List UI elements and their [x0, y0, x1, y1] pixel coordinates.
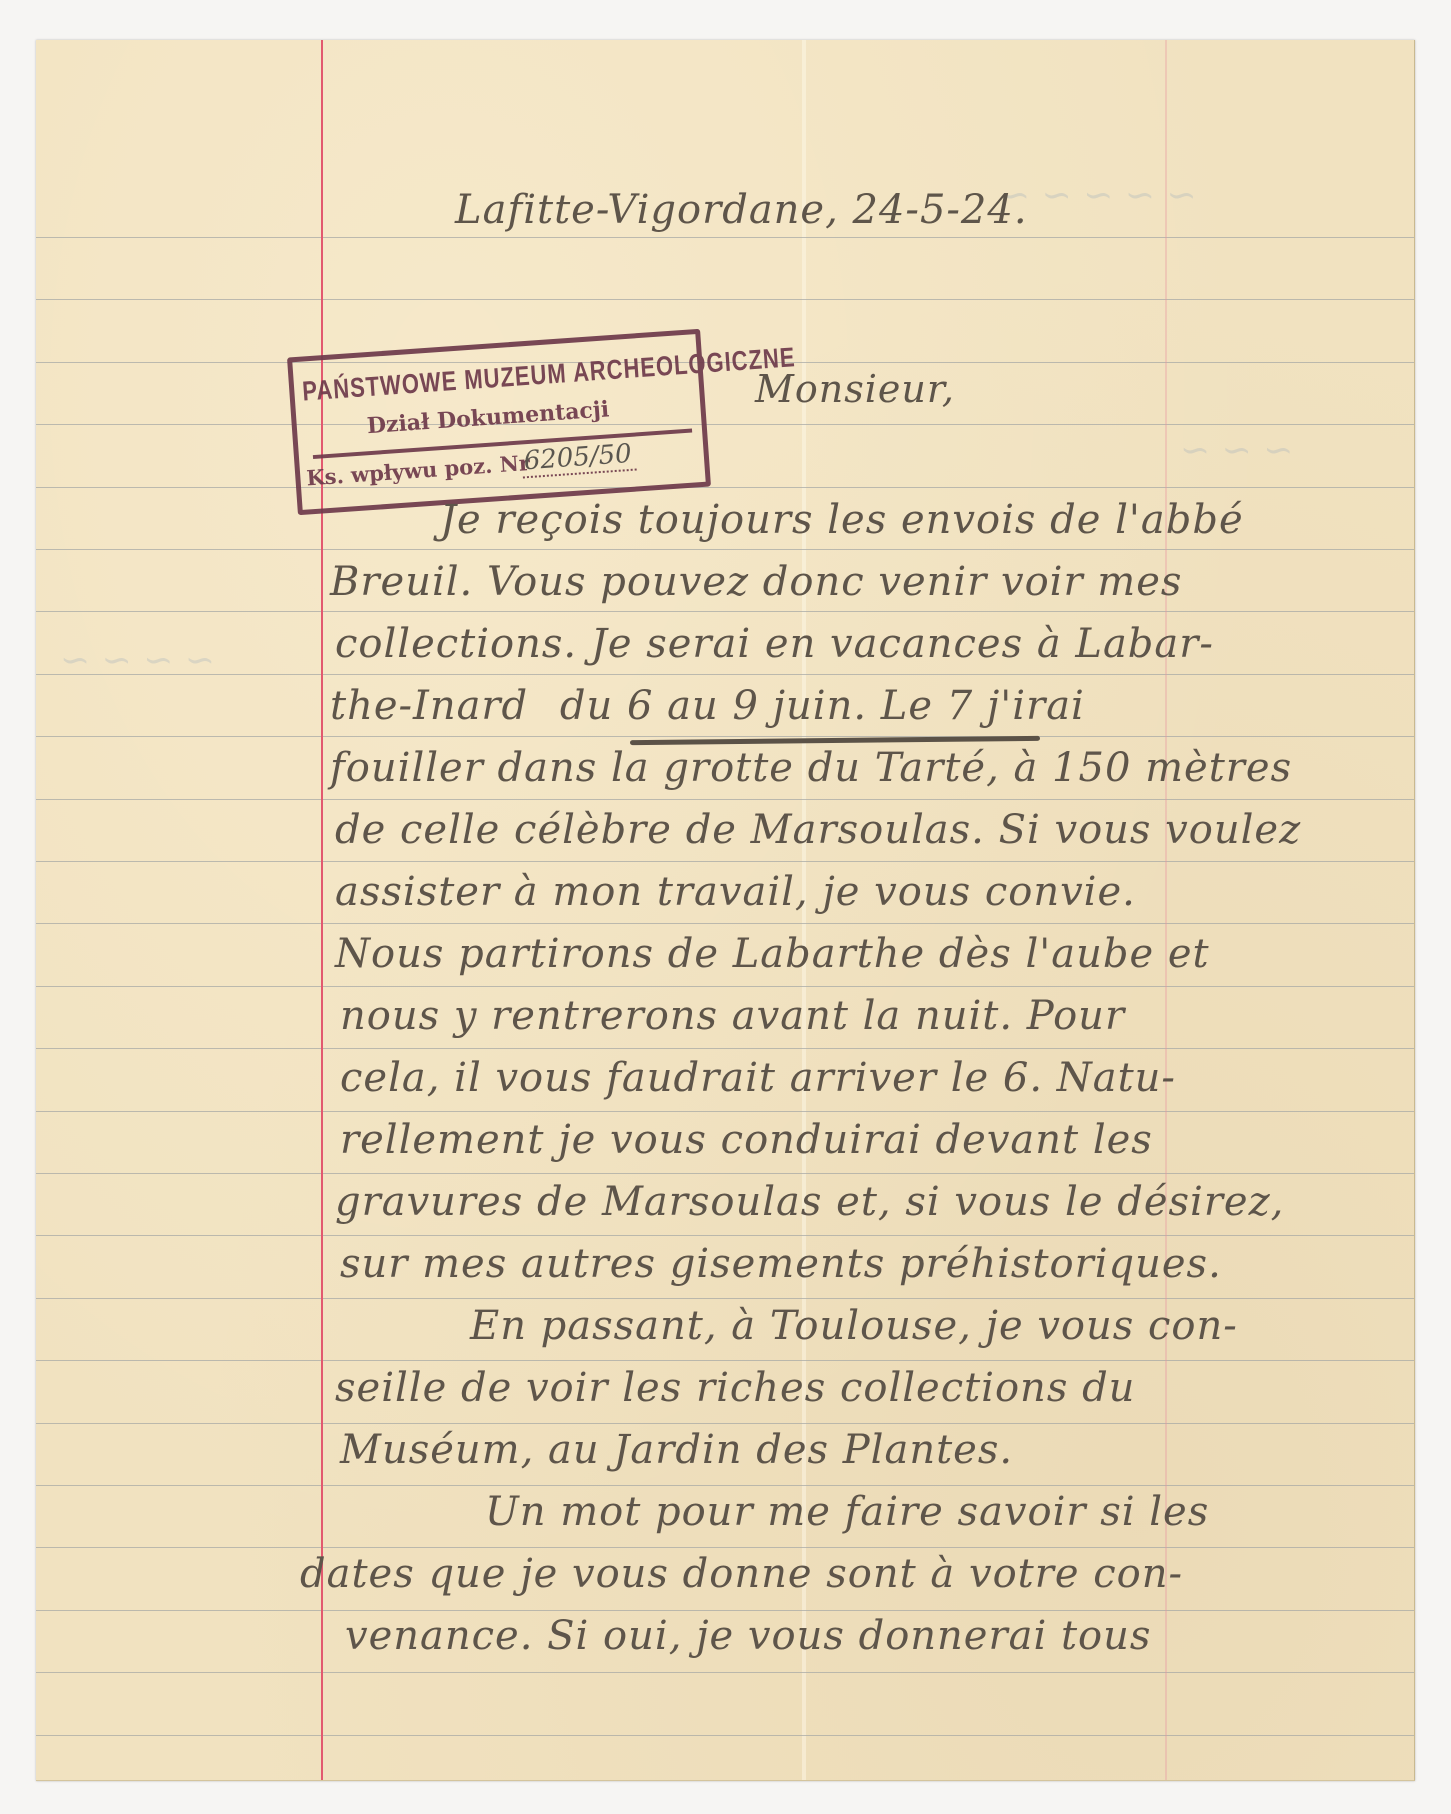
body-line: collections. Je serai en vacances à Laba… [335, 624, 1214, 664]
ruled-line [36, 549, 1414, 550]
body-line: nous y rentrerons avant la nuit. Pour [340, 996, 1125, 1036]
ruled-line [36, 1298, 1414, 1299]
line-suffix: . Le 7 j'irai [853, 683, 1085, 729]
ruled-line [36, 736, 1414, 737]
left-margin-line [321, 40, 323, 1780]
body-line: Muséum, au Jardin des Plantes. [340, 1430, 1013, 1470]
ruled-line [36, 1048, 1414, 1049]
ruled-line [36, 986, 1414, 987]
body-line: Nous partirons de Labarthe dès l'aube et [335, 934, 1210, 974]
stamp-museum-name: PAŃSTWOWE MUZEUM ARCHEOLOGICZNE [301, 348, 692, 408]
ruled-line [36, 1672, 1414, 1673]
body-line: cela, il vous faudrait arriver le 6. Nat… [340, 1058, 1176, 1098]
ruled-line [36, 1235, 1414, 1236]
reverse-show-through: ~ ~ ~ ~ [60, 640, 215, 681]
body-line: En passant, à Toulouse, je vous con- [470, 1306, 1238, 1346]
underlined-dates: du 6 au 9 juin [560, 683, 853, 729]
ruled-line [36, 923, 1414, 924]
body-line: seille de voir les riches collections du [335, 1368, 1135, 1408]
body-line: Breuil. Vous pouvez donc venir voir mes [330, 562, 1182, 602]
ruled-line [36, 1485, 1414, 1486]
body-line: fouiller dans la grotte du Tarté, à 150 … [330, 748, 1292, 788]
body-line: de celle célèbre de Marsoulas. Si vous v… [335, 810, 1301, 850]
ruled-line [36, 1173, 1414, 1174]
ruled-line [36, 1735, 1414, 1736]
ruled-line [36, 424, 1414, 425]
ruled-line [36, 611, 1414, 612]
body-line: Je reçois toujours les envois de l'abbé [440, 500, 1244, 540]
ruled-line [36, 674, 1414, 675]
place-date: Lafitte-Vigordane, 24-5-24. [455, 190, 1028, 230]
body-line: dates que je vous donne sont à votre con… [300, 1554, 1183, 1594]
stamp-department: Dział Dokumentacji [366, 396, 610, 439]
ruled-line [36, 1360, 1414, 1361]
ruled-line [36, 237, 1414, 238]
body-line: sur mes autres gisements préhistoriques. [340, 1244, 1222, 1284]
ruled-line [36, 799, 1414, 800]
ruled-line [36, 487, 1414, 488]
salutation: Monsieur, [755, 370, 955, 408]
body-line: assister à mon travail, je vous convie. [335, 872, 1136, 912]
museum-stamp: PAŃSTWOWE MUZEUM ARCHEOLOGICZNE Dział Do… [287, 329, 711, 515]
body-line: the-Inard du 6 au 9 juin. Le 7 j'irai [330, 686, 1085, 726]
body-line: venance. Si oui, je vous donnerai tous [345, 1616, 1151, 1656]
ruled-line [36, 861, 1414, 862]
ruled-line [36, 1111, 1414, 1112]
body-line: rellement je vous conduirai devant les [340, 1120, 1153, 1160]
ruled-line [36, 1610, 1414, 1611]
body-line: gravures de Marsoulas et, si vous le dés… [335, 1182, 1284, 1222]
reverse-show-through: ~ ~ ~ [1180, 430, 1293, 471]
ruled-line [36, 1547, 1414, 1548]
body-line: Un mot pour me faire savoir si les [485, 1492, 1209, 1532]
line-prefix: the-Inard [330, 683, 528, 729]
ruled-line [36, 1423, 1414, 1424]
ruled-line [36, 299, 1414, 300]
reverse-show-through: ~ ~ ~ ~ ~ [1000, 175, 1197, 216]
stamp-register-number: 6205/50 [521, 439, 637, 479]
